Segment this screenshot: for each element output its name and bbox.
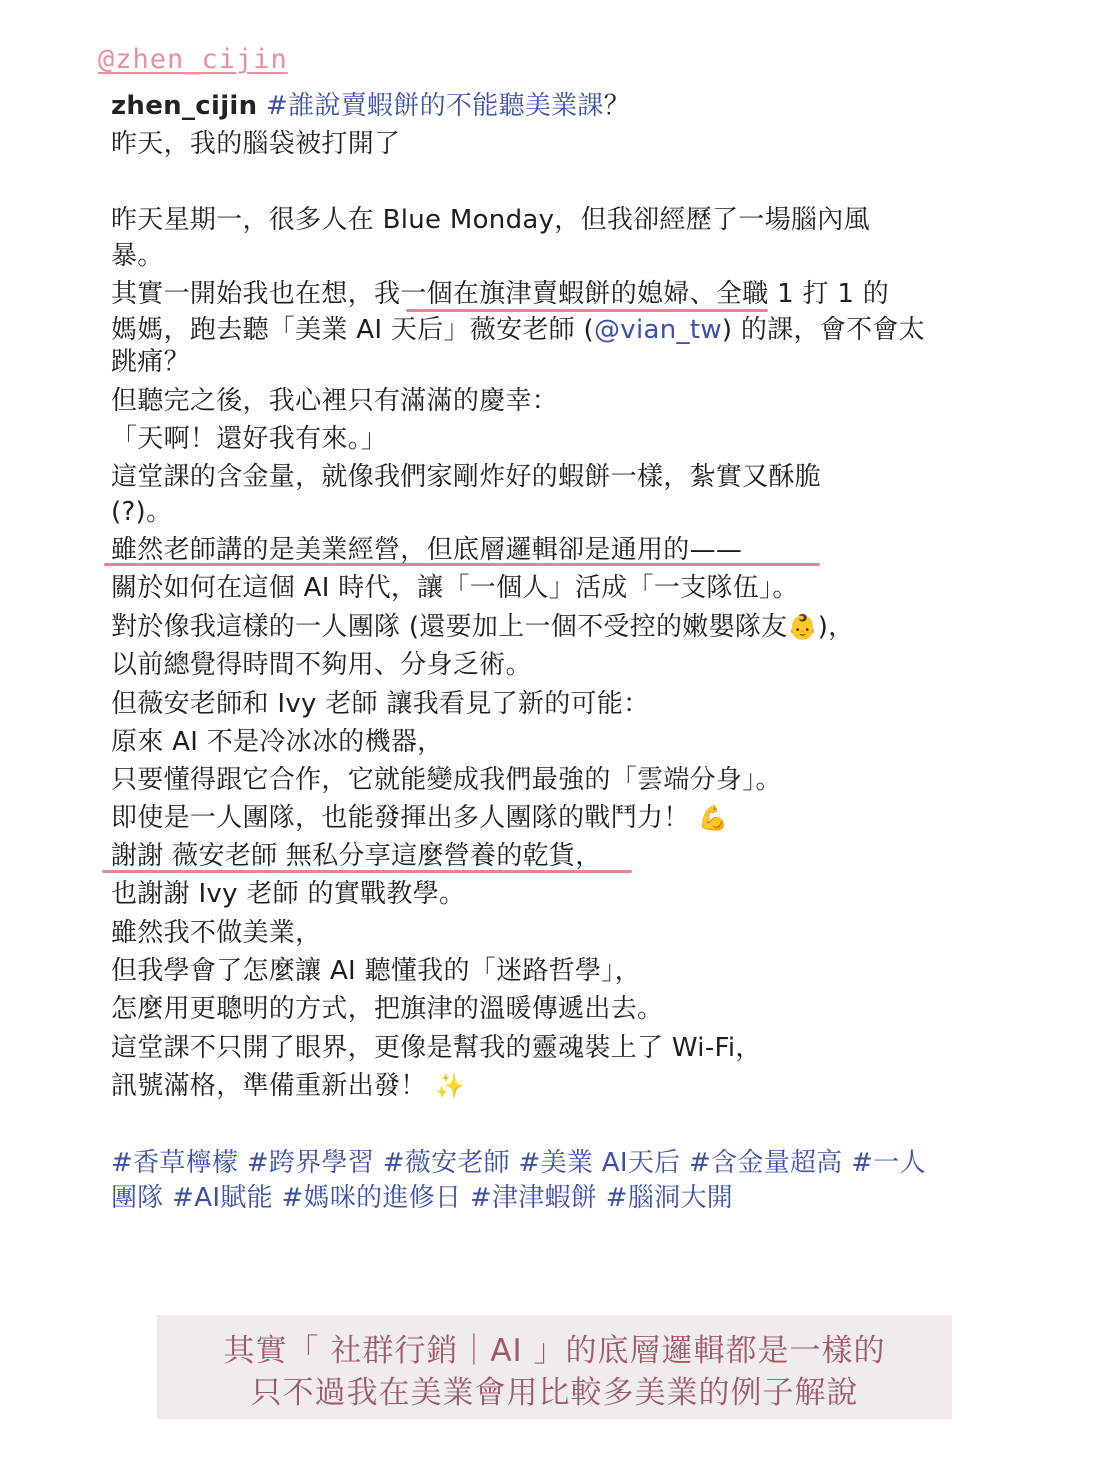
- text-segment: 即使是一人團隊，也能發揮出多人團隊的戰鬥力！: [111, 803, 690, 833]
- highlight-underline: [102, 870, 632, 873]
- text-segment: 對於像我這樣的一人團隊 (還要加上一個不受控的嫩嬰隊友: [111, 612, 788, 642]
- text-segment: 、全職 1 打 1 的: [690, 279, 889, 309]
- highlight-underline: [104, 563, 820, 566]
- text-line: 暴。: [111, 238, 164, 274]
- text-line: 關於如何在這個 AI 時代，讓「一個人」活成「一支隊伍」。: [111, 570, 799, 606]
- text-line: 媽媽，跑去聽「美業 AI 天后」薇安老師 (@vian_tw) 的課，會不會太: [111, 312, 925, 348]
- text-segment: ，: [575, 841, 601, 871]
- text-line: 昨天，我的腦袋被打開了: [111, 126, 400, 162]
- highlighted-text: 我一個在旗津賣蝦餅的媳婦: [374, 279, 690, 309]
- username[interactable]: zhen_cijin: [111, 91, 257, 121]
- hashtags-line[interactable]: 團隊 #AI賦能 #媽咪的進修日 #津津蝦餅 #腦洞大開: [111, 1180, 733, 1216]
- caption-banner: 其實「 社群行銷｜AI 」的底層邏輯都是一樣的 只不過我在美業會用比較多美業的例…: [157, 1315, 952, 1419]
- text-line: 對於像我這樣的一人團隊 (還要加上一個不受控的嫩嬰隊友👶)，: [111, 609, 854, 645]
- text-line: 即使是一人團隊，也能發揮出多人團隊的戰鬥力！ 💪: [111, 800, 728, 836]
- text-line: 但聽完之後，我心裡只有滿滿的慶幸：: [111, 383, 558, 419]
- text-segment: 其實一開始我也在想，: [111, 279, 374, 309]
- text-line: 但我學會了怎麼讓 AI 聽懂我的「迷路哲學」，: [111, 953, 641, 989]
- baby-emoji-icon: 👶: [788, 613, 818, 641]
- caption-line-2: 只不過我在美業會用比較多美業的例子解說: [157, 1367, 952, 1412]
- text-line-highlighted: 謝謝 薇安老師 無私分享這麼營養的乾貨，: [111, 838, 602, 874]
- text-segment: ) 的課，會不會太: [722, 315, 925, 345]
- title-suffix: ？: [604, 91, 630, 121]
- text-line: 以前總覺得時間不夠用、分身乏術。: [111, 647, 532, 683]
- text-line: 怎麼用更聰明的方式，把旗津的溫暖傳遞出去。: [111, 991, 663, 1027]
- title-hashtag[interactable]: #誰說賣蝦餅的不能聽美業課: [266, 91, 604, 121]
- muscle-emoji-icon: 💪: [698, 804, 728, 832]
- text-line: 雖然我不做美業，: [111, 915, 321, 951]
- text-segment: 訊號滿格，準備重新出發！: [111, 1071, 427, 1101]
- mention-link[interactable]: @vian_tw: [594, 315, 722, 345]
- text-line: 昨天星期一，很多人在 Blue Monday，但我卻經歷了一場腦內風: [111, 202, 870, 238]
- sparkles-emoji-icon: ✨: [435, 1072, 465, 1100]
- text-segment: )，: [818, 612, 855, 642]
- author-handle[interactable]: @zhen_cijin: [98, 44, 288, 75]
- text-line: 「天啊！還好我有來。」: [111, 421, 387, 457]
- text-line: 只要懂得跟它合作，它就能變成我們最強的「雲端分身」。: [111, 762, 782, 798]
- text-line: 原來 AI 不是冷冰冰的機器，: [111, 724, 443, 760]
- text-line: (?)。: [111, 494, 172, 530]
- text-line: 跳痛？: [111, 344, 190, 380]
- caption-line-1: 其實「 社群行銷｜AI 」的底層邏輯都是一樣的: [157, 1325, 952, 1370]
- text-line: 也謝謝 Ivy 老師 的實戰教學。: [111, 876, 465, 912]
- text-line: 這堂課不只開了眼界，更像是幫我的靈魂裝上了 Wi-Fi，: [111, 1030, 762, 1066]
- text-line: 這堂課的含金量，就像我們家剛炸好的蝦餅一樣，紮實又酥脆: [111, 459, 821, 495]
- text-segment: 媽媽，跑去聽「美業 AI 天后」薇安老師 (: [111, 315, 594, 345]
- text-line: 但薇安老師和 Ivy 老師 讓我看見了新的可能：: [111, 686, 649, 722]
- highlighted-text: 謝謝 薇安老師 無私分享這麼營養的乾貨: [111, 841, 575, 871]
- text-line: 訊號滿格，準備重新出發！ ✨: [111, 1068, 465, 1104]
- text-line: 其實一開始我也在想，我一個在旗津賣蝦餅的媳婦、全職 1 打 1 的: [111, 276, 889, 312]
- hashtags-line[interactable]: #香草檸檬 #跨界學習 #薇安老師 #美業 AI天后 #含金量超高 #一人: [111, 1145, 926, 1181]
- post-header-line: zhen_cijin #誰說賣蝦餅的不能聽美業課？: [111, 88, 630, 124]
